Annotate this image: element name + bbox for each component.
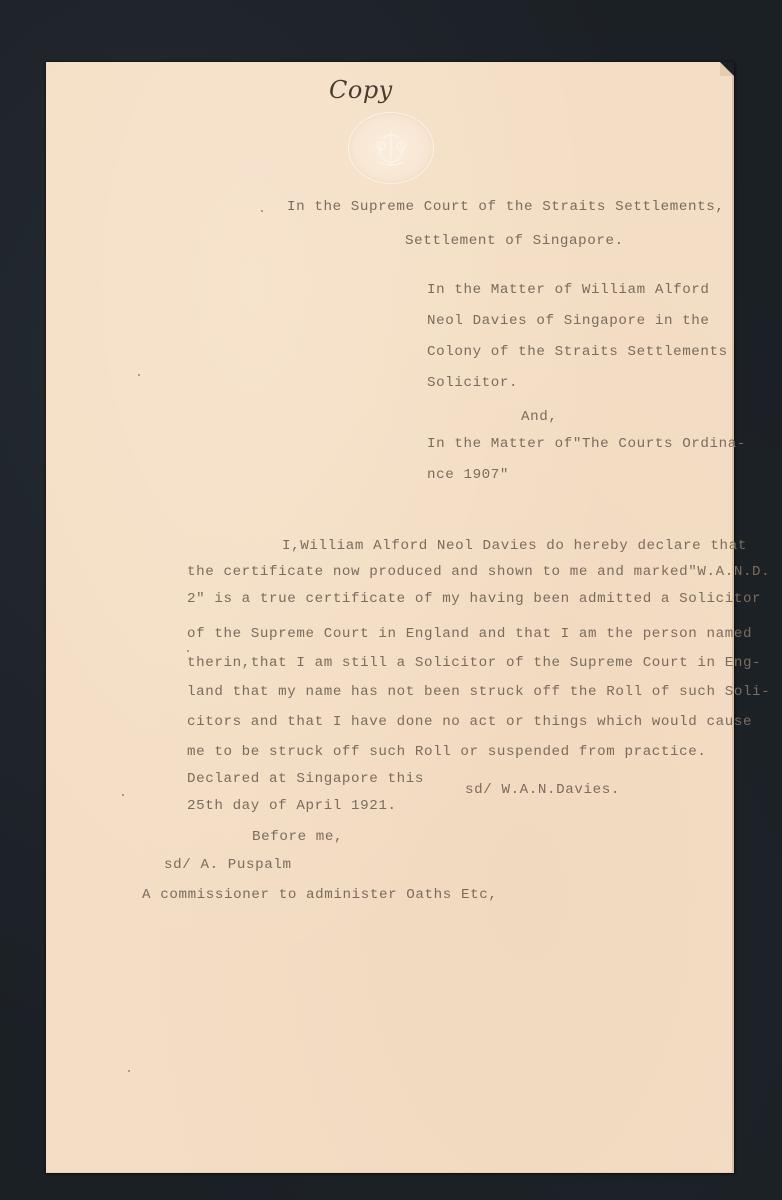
- matter-line: In the Matter of William Alford: [427, 283, 710, 297]
- matter-line: nce 1907": [427, 468, 509, 482]
- matter-line: Neol Davies of Singapore in the: [427, 314, 710, 328]
- declaration-line: I,William Alford Neol Davies do hereby d…: [282, 539, 747, 553]
- declaration-line: the certificate now produced and shown t…: [187, 565, 770, 579]
- paper-speck: [138, 374, 140, 376]
- paper-speck: [187, 650, 189, 652]
- witness-signature: sd/ A. Puspalm: [164, 858, 292, 872]
- declaration-line: therin,that I am still a Solicitor of th…: [187, 656, 761, 670]
- paper-speck: [261, 210, 263, 212]
- folded-corner: [720, 62, 734, 76]
- declaration-line: land that my name has not been struck of…: [187, 685, 770, 699]
- settlement-heading: Settlement of Singapore.: [405, 234, 624, 248]
- conjunction-and: And,: [521, 410, 557, 424]
- matter-line: In the Matter of"The Courts Ordina-: [427, 437, 746, 451]
- paper-speck: [122, 794, 124, 796]
- embossed-seal: [348, 112, 434, 184]
- declaration-line: me to be struck off such Roll or suspend…: [187, 745, 707, 759]
- before-me: Before me,: [252, 830, 343, 844]
- declaration-line: of the Supreme Court in England and that…: [187, 627, 752, 641]
- paper-speck: [128, 1070, 130, 1072]
- copy-annotation: Copy: [329, 76, 393, 104]
- declared-at: Declared at Singapore this: [187, 772, 424, 786]
- declaration-line: citors and that I have done no act or th…: [187, 715, 752, 729]
- court-heading: In the Supreme Court of the Straits Sett…: [287, 200, 724, 214]
- document-page: Copy In the Supreme Court of the Straits…: [46, 62, 734, 1173]
- matter-line: Colony of the Straits Settlements: [427, 345, 728, 359]
- declaration-date: 25th day of April 1921.: [187, 799, 397, 813]
- declarant-signature: sd/ W.A.N.Davies.: [465, 783, 620, 797]
- matter-line: Solicitor.: [427, 376, 518, 390]
- coat-of-arms-icon: [367, 124, 415, 172]
- declaration-line: 2" is a true certificate of my having be…: [187, 592, 761, 606]
- witness-title: A commissioner to administer Oaths Etc,: [142, 888, 497, 902]
